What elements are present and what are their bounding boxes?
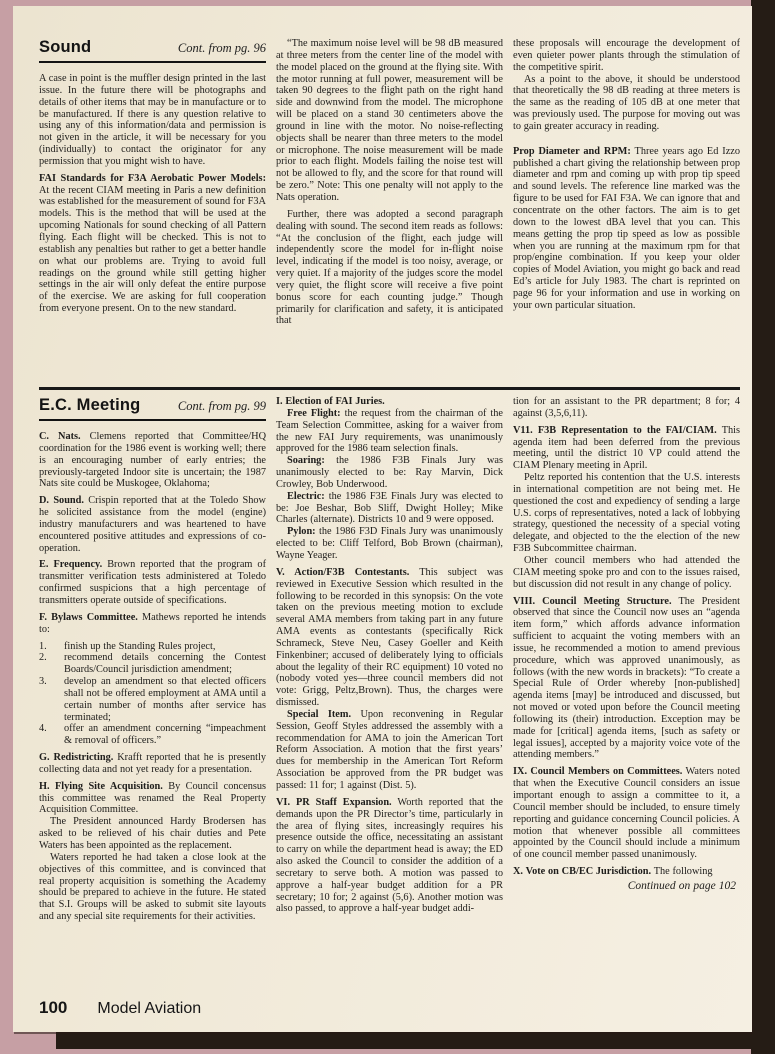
paragraph: VIII. Council Meeting Structure. The Pre… xyxy=(513,596,740,762)
paragraph-lead: V. Action/F3B Contestants. xyxy=(276,567,409,578)
subsection-heading: I. Election of FAI Juries. xyxy=(276,396,503,408)
paragraph: Special Item. Upon reconvening in Regula… xyxy=(276,709,503,792)
sound-title: Sound xyxy=(39,38,91,57)
list-item: 2. recommend details concerning the Cont… xyxy=(39,652,266,676)
paragraph-lead: Pylon: xyxy=(287,526,316,537)
paragraph-text: Worth reported that the demands upon the… xyxy=(276,797,503,915)
list-item: 1. finish up the Standing Rules project, xyxy=(39,641,266,653)
paragraph: F. Bylaws Committee. Mathews reported he… xyxy=(39,612,266,636)
paragraph: Prop Diameter and RPM: Three years ago E… xyxy=(513,146,740,312)
paragraph: Soaring: the 1986 F3B Finals Jury was un… xyxy=(276,455,503,491)
paragraph: VI. PR Staff Expansion. Worth reported t… xyxy=(276,797,503,915)
paragraph: Electric: the 1986 F3E Finals Jury was e… xyxy=(276,491,503,527)
ec-continued-from-label: Cont. from pg. 99 xyxy=(178,399,266,414)
paragraph-lead: C. Nats. xyxy=(39,431,81,442)
sound-column-1: Sound Cont. from pg. 96 A case in point … xyxy=(39,38,266,385)
list-item: 3. develop an amendment so that elected … xyxy=(39,676,266,723)
paragraph-lead: V11. F3B Representation to the FAI/CIAM. xyxy=(513,425,717,436)
ec-column-2: I. Election of FAI Juries. Free Flight: … xyxy=(276,396,503,1012)
paragraph: “The maximum noise level will be 98 dB m… xyxy=(276,38,503,204)
paragraph-text: Upon reconvening in Regular Session, Geo… xyxy=(276,709,503,791)
paragraph-lead: IX. Council Members on Committees. xyxy=(513,766,682,777)
paragraph-lead: Prop Diameter and RPM: xyxy=(513,146,631,157)
paragraph: The President announced Hardy Brodersen … xyxy=(39,816,266,852)
sound-section-header: Sound Cont. from pg. 96 xyxy=(39,38,266,63)
list-item: 4. offer an amendment concerning “impeac… xyxy=(39,723,266,747)
ec-title: E.C. Meeting xyxy=(39,396,140,415)
paragraph-text: This subject was reviewed in Executive S… xyxy=(276,567,503,708)
paragraph: tion for an assistant to the PR departme… xyxy=(513,396,740,420)
ec-section-header: E.C. Meeting Cont. from pg. 99 xyxy=(39,396,266,421)
paragraph: G. Redistricting. Krafft reported that h… xyxy=(39,752,266,776)
paragraph-lead: H. Flying Site Acquisition. xyxy=(39,781,163,792)
paragraph: Other council members who had attended t… xyxy=(513,555,740,591)
magazine-page: Sound Cont. from pg. 96 A case in point … xyxy=(13,6,752,1032)
list-item-number: 3. xyxy=(39,676,64,723)
paragraph: V11. F3B Representation to the FAI/CIAM.… xyxy=(513,425,740,472)
paragraph-lead: F. Bylaws Committee. xyxy=(39,612,138,623)
paragraph-text: The President observed that since the Co… xyxy=(513,596,740,761)
paragraph-lead: VI. PR Staff Expansion. xyxy=(276,797,392,808)
paragraph: Waters reported he had taken a close loo… xyxy=(39,852,266,923)
paragraph-lead: Free Flight: xyxy=(287,408,341,419)
sound-continued-from-label: Cont. from pg. 96 xyxy=(178,41,266,56)
sound-article-section: Sound Cont. from pg. 96 A case in point … xyxy=(39,38,740,385)
page-number: 100 xyxy=(39,998,67,1018)
magazine-name: Model Aviation xyxy=(97,1000,201,1018)
paragraph-lead: E. Frequency. xyxy=(39,559,102,570)
list-item-number: 1. xyxy=(39,641,64,653)
paragraph: H. Flying Site Acquisition. By Council c… xyxy=(39,781,266,817)
paragraph: V. Action/F3B Contestants. This subject … xyxy=(276,567,503,709)
paragraph: Further, there was adopted a second para… xyxy=(276,209,503,327)
ec-meeting-section: E.C. Meeting Cont. from pg. 99 C. Nats. … xyxy=(39,396,740,1012)
paragraph: FAI Standards for F3A Aerobatic Power Mo… xyxy=(39,173,266,315)
ec-column-1: E.C. Meeting Cont. from pg. 99 C. Nats. … xyxy=(39,396,266,1012)
scan-dark-edge-right xyxy=(751,0,775,1054)
list-item-text: offer an amendment concerning “impeachme… xyxy=(64,723,266,747)
paragraph-text: Waters noted that when the Executive Cou… xyxy=(513,766,740,860)
paragraph-lead: Special Item. xyxy=(287,709,351,720)
list-item-text: finish up the Standing Rules project, xyxy=(64,641,266,653)
paragraph: IX. Council Members on Committees. Water… xyxy=(513,766,740,861)
scan-dark-edge-bottom xyxy=(56,1032,775,1049)
paragraph: Peltz reported his contention that the U… xyxy=(513,472,740,555)
sound-column-3: these proposals will encourage the devel… xyxy=(513,38,740,385)
paragraph: C. Nats. Clemens reported that Committee… xyxy=(39,431,266,490)
page-footer: 100 Model Aviation xyxy=(39,998,201,1018)
ec-column-3: tion for an assistant to the PR departme… xyxy=(513,396,740,1012)
list-item-number: 4. xyxy=(39,723,64,747)
paragraph: Free Flight: the request from the chairm… xyxy=(276,408,503,455)
paragraph-lead: FAI Standards for F3A Aerobatic Power Mo… xyxy=(39,173,266,184)
paragraph: As a point to the above, it should be un… xyxy=(513,74,740,133)
list-item-text: recommend details concerning the Contest… xyxy=(64,652,266,676)
paragraph: X. Vote on CB/EC Jurisdiction. The follo… xyxy=(513,866,740,878)
paragraph-text: At the recent CIAM meeting in Paris a ne… xyxy=(39,185,266,314)
paragraph-lead: VIII. Council Meeting Structure. xyxy=(513,596,672,607)
paragraph-text: Three years ago Ed Izzo published a char… xyxy=(513,146,740,311)
paragraph-text: The following xyxy=(654,866,713,877)
paragraph-lead: X. Vote on CB/EC Jurisdiction. xyxy=(513,866,651,877)
paragraph-lead: Soaring: xyxy=(287,455,325,466)
continued-on-page-label: Continued on page 102 xyxy=(513,881,740,893)
scanned-magazine-page: { "sound": { "title": "Sound", "cont": "… xyxy=(0,0,775,1054)
sound-column-2: “The maximum noise level will be 98 dB m… xyxy=(276,38,503,385)
paragraph: D. Sound. Crispin reported that at the T… xyxy=(39,495,266,554)
list-item-number: 2. xyxy=(39,652,64,676)
list-item-text: develop an amendment so that elected off… xyxy=(64,676,266,723)
section-divider-rule xyxy=(39,387,740,390)
paragraph: E. Frequency. Brown reported that the pr… xyxy=(39,559,266,606)
paragraph: A case in point is the muffler design pr… xyxy=(39,73,266,168)
paragraph-lead: G. Redistricting. xyxy=(39,752,113,763)
paragraph-lead: Electric: xyxy=(287,491,325,502)
paragraph: Pylon: the 1986 F3D Finals Jury was unan… xyxy=(276,526,503,562)
paragraph-lead: D. Sound. xyxy=(39,495,84,506)
paragraph: these proposals will encourage the devel… xyxy=(513,38,740,74)
